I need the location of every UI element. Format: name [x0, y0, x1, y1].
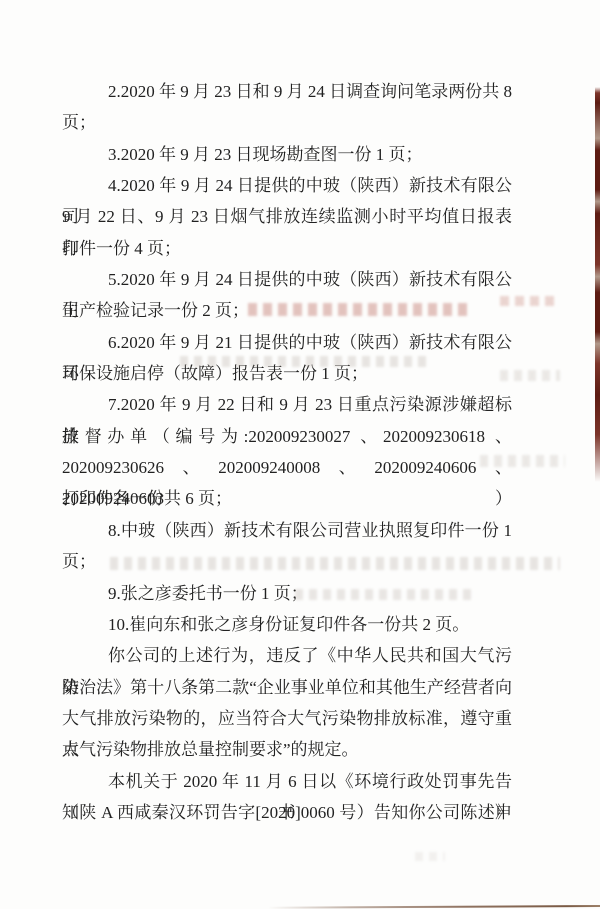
text-line: 页； [62, 546, 512, 577]
text-line: 印件一份 4 页； [62, 233, 512, 264]
scan-edge-artifact-bottom-line [268, 905, 600, 909]
text-line: 5.2020 年 9 月 24 日提供的中玻（陕西）新技术有限公司 [62, 264, 512, 295]
text-line: 页； [62, 107, 512, 138]
text-line: 7.2020 年 9 月 22 日和 9 月 23 日重点污染源涉嫌超标排 [62, 389, 512, 420]
text-line: 本机关于 2020 年 11 月 6 日以《环境行政处罚事先告知书》 [62, 766, 512, 797]
text-line: 202009230626、202009240008、202009240606、2… [62, 452, 512, 483]
text-line: 2.2020 年 9 月 23 日和 9 月 24 日调查询问笔录两份共 8 [62, 76, 512, 107]
text-line: 防治法》第十八条第二款“企业事业单位和其他生产经营者向 [62, 672, 512, 703]
text-line: 4.2020 年 9 月 24 日提供的中玻（陕西）新技术有限公司 [62, 170, 512, 201]
text-line: 9 月 22 日、9 月 23 日烟气排放连续监测小时平均值日报表打 [62, 201, 512, 232]
text-line: 8.中玻（陕西）新技术有限公司营业执照复印件一份 1 [62, 515, 512, 546]
text-line: 10.崔向东和张之彦身份证复印件各一份共 2 页。 [62, 609, 512, 640]
bleed-through-smudge [415, 852, 445, 861]
text-line: 你公司的上述行为，违反了《中华人民共和国大气污染 [62, 640, 512, 671]
text-line: 放督办单（编号为:202009230027 、202009230618 、 [62, 421, 512, 452]
document-body: 2.2020 年 9 月 23 日和 9 月 24 日调查询问笔录两份共 8页；… [62, 76, 512, 828]
text-line: 大气污染物排放总量控制要求”的规定。 [62, 734, 512, 765]
text-line: 大气排放污染物的，应当符合大气污染物排放标准，遵守重点 [62, 703, 512, 734]
text-line: （陕 A 西咸秦汉环罚告字[2020]0060 号）告知你公司陈述申 [62, 797, 512, 828]
text-line: 6.2020 年 9 月 21 日提供的中玻（陕西）新技术有限公司 [62, 327, 512, 358]
scanned-document-page: 2.2020 年 9 月 23 日和 9 月 24 日调查询问笔录两份共 8页；… [0, 0, 600, 909]
text-line: 环保设施启停（故障）报告表一份 1 页； [62, 358, 512, 389]
text-line: 9.张之彦委托书一份 1 页； [62, 578, 512, 609]
scan-edge-artifact-red-strip [595, 87, 600, 482]
text-line: 3.2020 年 9 月 23 日现场勘查图一份 1 页； [62, 139, 512, 170]
text-line: 生产检验记录一份 2 页； [62, 295, 512, 326]
